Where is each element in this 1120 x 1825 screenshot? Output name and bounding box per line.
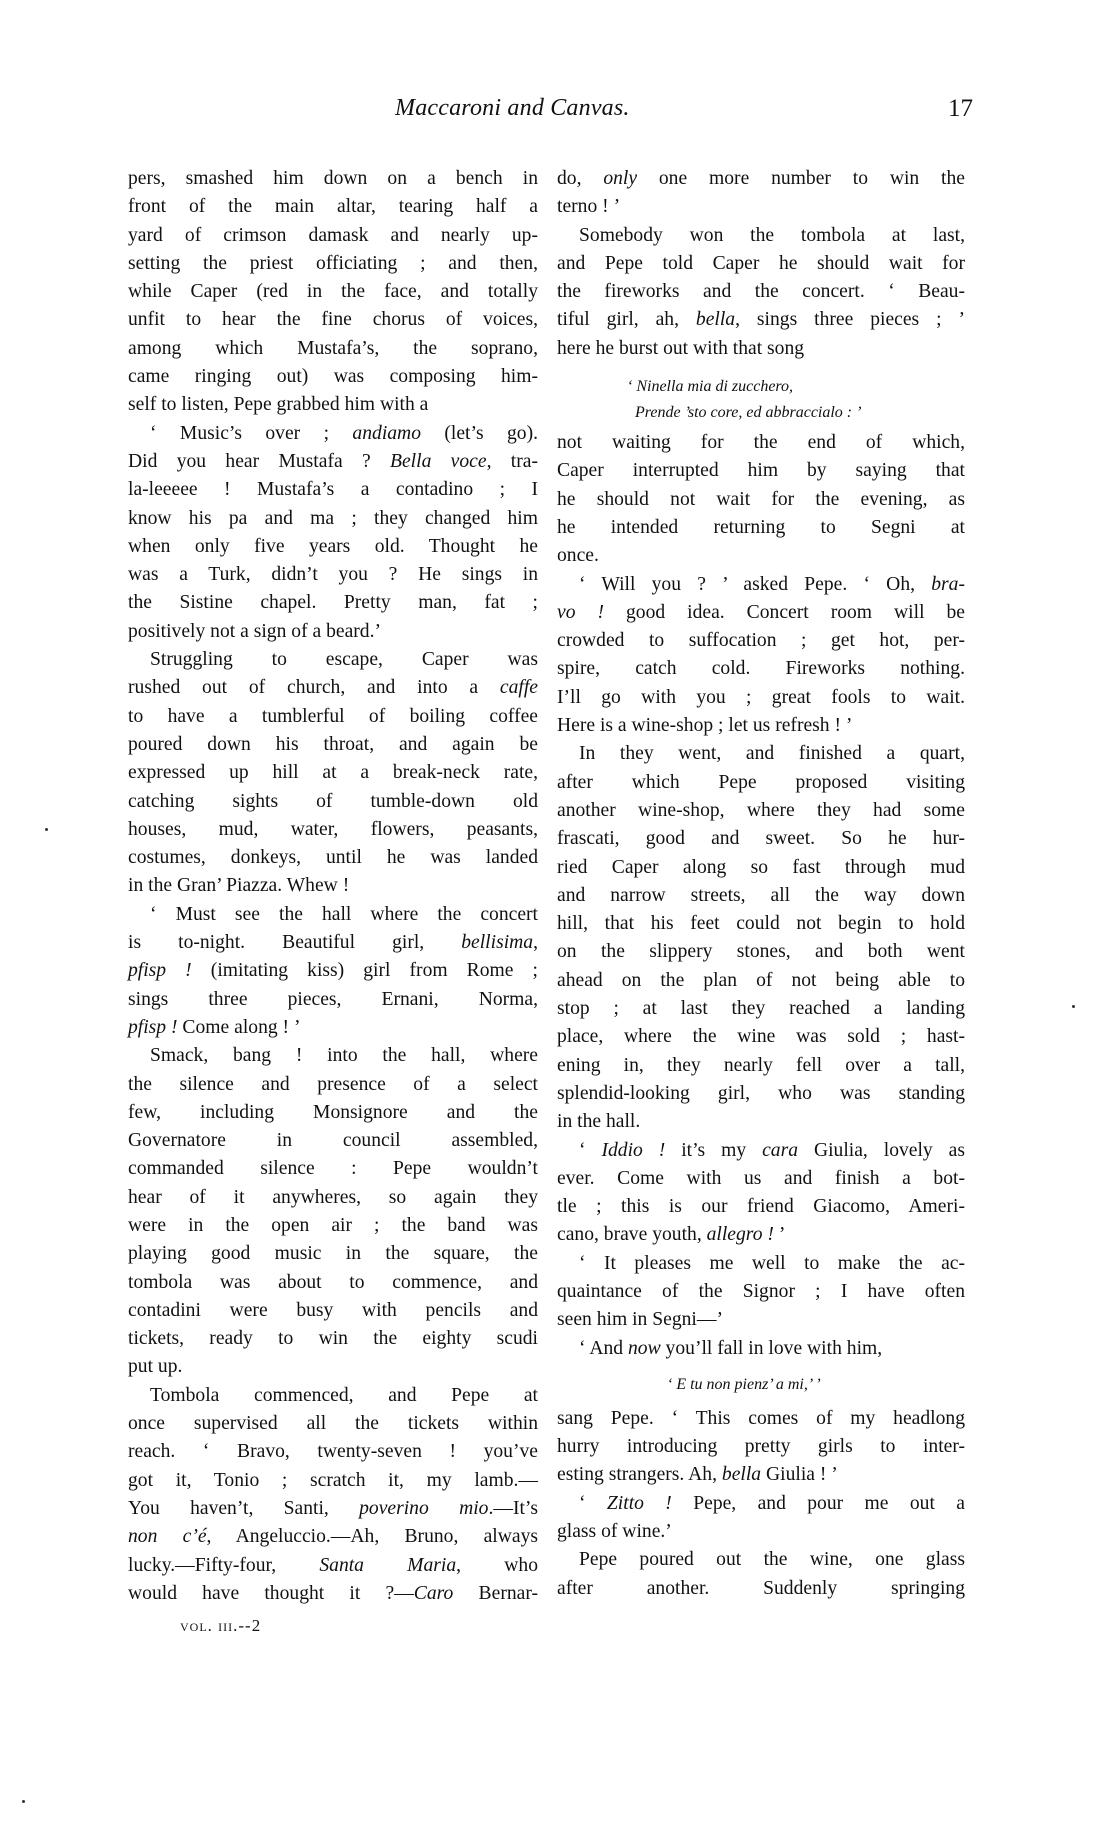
text-line: poured down his throat, and again be (128, 731, 538, 759)
text-line: is to-night. Beautiful girl, bellisima, (128, 929, 538, 957)
text-line: ahead on the plan of not being able to (557, 967, 965, 995)
text-line: to have a tumblerful of boiling coffee (128, 703, 538, 731)
text-line: ‘ And now you’ll fall in love with him, (557, 1335, 965, 1363)
text-line: splendid-looking girl, who was standing (557, 1080, 965, 1108)
text-line: when only five years old. Thought he (128, 533, 538, 561)
text-line: frascati, good and sweet. So he hur- (557, 825, 965, 853)
text-line: ‘ It pleases me well to make the ac- (557, 1250, 965, 1278)
text-line: hurry introducing pretty girls to inter- (557, 1433, 965, 1461)
text-line: put up. (128, 1353, 538, 1381)
text-line: after another. Suddenly springing (557, 1575, 965, 1603)
text-line: pfisp ! (imitating kiss) girl from Rome … (128, 957, 538, 985)
running-title: Maccaroni and Canvas. (395, 95, 630, 122)
text-line: ening in, they nearly fell over a tall, (557, 1052, 965, 1080)
text-line: front of the main altar, tearing half a (128, 193, 538, 221)
verse-line: ‘ E tu non pienz’ a mi,’ ’ (557, 1371, 965, 1397)
right-column: do, only one more number to win theterno… (557, 165, 965, 1603)
text-line: Here is a wine-shop ; let us refresh ! ’ (557, 712, 965, 740)
text-line: would have thought it ?—Caro Bernar- (128, 1580, 538, 1608)
text-line: not waiting for the end of which, (557, 429, 965, 457)
text-line: once. (557, 542, 965, 570)
text-line: setting the priest officiating ; and the… (128, 250, 538, 278)
text-line: unfit to hear the fine chorus of voices, (128, 306, 538, 334)
text-line: expressed up hill at a break-neck rate, (128, 759, 538, 787)
text-line: yard of crimson damask and nearly up- (128, 222, 538, 250)
text-line: quaintance of the Signor ; I have often (557, 1278, 965, 1306)
text-line: ‘ Will you ? ’ asked Pepe. ‘ Oh, bra- (557, 571, 965, 599)
text-line: Pepe poured out the wine, one glass (557, 1546, 965, 1574)
text-line: crowded to suffocation ; get hot, per- (557, 627, 965, 655)
text-line: Governatore in council assembled, (128, 1127, 538, 1155)
text-line: houses, mud, water, flowers, peasants, (128, 816, 538, 844)
text-line: and Pepe told Caper he should wait for (557, 250, 965, 278)
text-line: lucky.—Fifty-four, Santa Maria, who (128, 1552, 538, 1580)
verse-line: ‘ Ninella mia di zucchero, (557, 373, 965, 399)
text-line: another wine-shop, where they had some (557, 797, 965, 825)
text-line: he intended returning to Segni at (557, 514, 965, 542)
text-line: rushed out of church, and into a caffe (128, 674, 538, 702)
signature-mark: vol. iii.--2 (180, 1616, 261, 1636)
text-line: catching sights of tumble-down old (128, 788, 538, 816)
text-line: tombola was about to commence, and (128, 1269, 538, 1297)
text-line: here he burst out with that song (557, 335, 965, 363)
text-line: the fireworks and the concert. ‘ Beau- (557, 278, 965, 306)
text-line: were in the open air ; the band was (128, 1212, 538, 1240)
page-number: 17 (948, 95, 973, 123)
text-line: glass of wine.’ (557, 1518, 965, 1546)
text-line: ‘ Music’s over ; andiamo (let’s go). (128, 420, 538, 448)
text-line: I’ll go with you ; great fools to wait. (557, 684, 965, 712)
text-line: Did you hear Mustafa ? Bella voce, tra- (128, 448, 538, 476)
text-line: Somebody won the tombola at last, (557, 222, 965, 250)
text-line: terno ! ’ (557, 193, 965, 221)
text-line: once supervised all the tickets within (128, 1410, 538, 1438)
right-block-1: do, only one more number to win theterno… (557, 165, 965, 363)
text-line: he should not wait for the evening, as (557, 486, 965, 514)
text-line: In they went, and finished a quart, (557, 740, 965, 768)
text-line: in the hall. (557, 1108, 965, 1136)
print-speck (45, 828, 48, 831)
text-line: got it, Tonio ; scratch it, my lamb.— (128, 1467, 538, 1495)
text-line: hill, that his feet could not begin to h… (557, 910, 965, 938)
text-line: among which Mustafa’s, the soprano, (128, 335, 538, 363)
text-line: and narrow streets, all the way down (557, 882, 965, 910)
text-line: esting strangers. Ah, bella Giulia ! ’ (557, 1461, 965, 1489)
text-line: costumes, donkeys, until he was landed (128, 844, 538, 872)
print-speck (1072, 1005, 1075, 1008)
text-line: tiful girl, ah, bella, sings three piece… (557, 306, 965, 334)
left-column: pers, smashed him down on a bench infron… (128, 165, 538, 1608)
text-line: non c’é, Angeluccio.—Ah, Bruno, always (128, 1523, 538, 1551)
text-line: cano, brave youth, allegro ! ’ (557, 1221, 965, 1249)
text-line: ried Caper along so fast through mud (557, 854, 965, 882)
text-line: spire, catch cold. Fireworks nothing. (557, 655, 965, 683)
text-line: tle ; this is our friend Giacomo, Ameri- (557, 1193, 965, 1221)
text-line: was a Turk, didn’t you ? He sings in (128, 561, 538, 589)
text-line: place, where the wine was sold ; hast- (557, 1023, 965, 1051)
text-line: pfisp ! Come along ! ’ (128, 1014, 538, 1042)
text-line: Caper interrupted him by saying that (557, 457, 965, 485)
text-line: ever. Come with us and finish a bot- (557, 1165, 965, 1193)
text-line: playing good music in the square, the (128, 1240, 538, 1268)
verse-line: Prende ’sto core, ed abbraccialo : ’ (557, 399, 965, 425)
text-line: in the Gran’ Piazza. Whew ! (128, 872, 538, 900)
text-line: vo ! good idea. Concert room will be (557, 599, 965, 627)
text-line: ‘ Zitto ! Pepe, and pour me out a (557, 1490, 965, 1518)
text-line: contadini were busy with pencils and (128, 1297, 538, 1325)
text-line: Smack, bang ! into the hall, where (128, 1042, 538, 1070)
text-line: Tombola commenced, and Pepe at (128, 1382, 538, 1410)
text-line: hear of it anywheres, so again they (128, 1184, 538, 1212)
text-line: the silence and presence of a select (128, 1071, 538, 1099)
page-header: Maccaroni and Canvas. 17 (0, 95, 1120, 135)
text-line: ‘ Iddio ! it’s my cara Giulia, lovely as (557, 1137, 965, 1165)
text-line: Struggling to escape, Caper was (128, 646, 538, 674)
text-line: seen him in Segni—’ (557, 1306, 965, 1334)
text-line: came ringing out) was composing him- (128, 363, 538, 391)
print-speck (22, 1800, 25, 1803)
text-line: after which Pepe proposed visiting (557, 769, 965, 797)
text-line: the Sistine chapel. Pretty man, fat ; (128, 589, 538, 617)
right-block-3: sang Pepe. ‘ This comes of my headlonghu… (557, 1405, 965, 1603)
right-block-2: not waiting for the end of which,Caper i… (557, 429, 965, 1363)
text-line: few, including Monsignore and the (128, 1099, 538, 1127)
text-line: commanded silence : Pepe wouldn’t (128, 1155, 538, 1183)
text-line: sings three pieces, Ernani, Norma, (128, 986, 538, 1014)
text-line: know his pa and ma ; they changed him (128, 505, 538, 533)
text-line: self to listen, Pepe grabbed him with a (128, 391, 538, 419)
text-line: reach. ‘ Bravo, twenty-seven ! you’ve (128, 1438, 538, 1466)
text-line: do, only one more number to win the (557, 165, 965, 193)
text-line: tickets, ready to win the eighty scudi (128, 1325, 538, 1353)
text-line: on the slippery stones, and both went (557, 938, 965, 966)
text-line: pers, smashed him down on a bench in (128, 165, 538, 193)
text-line: positively not a sign of a beard.’ (128, 618, 538, 646)
text-line: stop ; at last they reached a landing (557, 995, 965, 1023)
text-line: You haven’t, Santi, poverino mio.—It’s (128, 1495, 538, 1523)
text-line: while Caper (red in the face, and totall… (128, 278, 538, 306)
text-line: ‘ Must see the hall where the concert (128, 901, 538, 929)
text-line: la-leeeee ! Mustafa’s a contadino ; I (128, 476, 538, 504)
text-line: sang Pepe. ‘ This comes of my headlong (557, 1405, 965, 1433)
